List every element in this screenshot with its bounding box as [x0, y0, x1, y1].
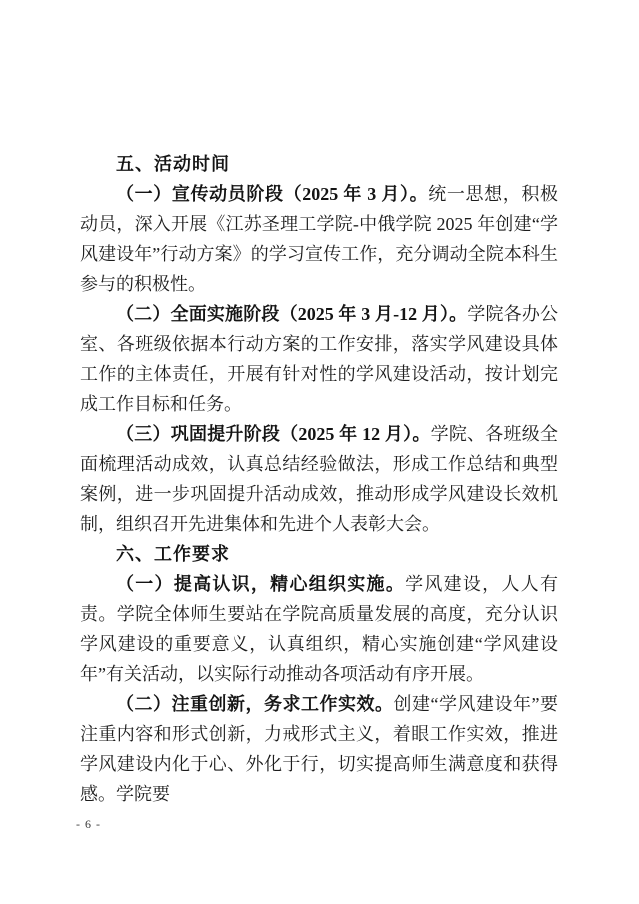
- paragraph-lead: （三）巩固提升阶段（2025 年 12 月）。: [116, 424, 431, 444]
- paragraph-lead: （一）提高认识，精心组织实施。: [116, 574, 405, 594]
- paragraph: （一）宣传动员阶段（2025 年 3 月）。统一思想，积极动员，深入开展《江苏圣…: [80, 179, 558, 299]
- paragraph: （一）提高认识，精心组织实施。学风建设，人人有责。学院全体师生要站在学院高质量发…: [80, 569, 558, 689]
- paragraph-lead: （一）宣传动员阶段（2025 年 3 月）。: [116, 184, 428, 204]
- document-page: 五、活动时间（一）宣传动员阶段（2025 年 3 月）。统一思想，积极动员，深入…: [0, 0, 639, 904]
- section-heading: 六、工作要求: [80, 539, 558, 569]
- document-body: 五、活动时间（一）宣传动员阶段（2025 年 3 月）。统一思想，积极动员，深入…: [80, 149, 558, 809]
- page-number: - 6 -: [76, 816, 101, 832]
- paragraph-lead: （二）全面实施阶段（2025 年 3 月-12 月）。: [116, 304, 467, 324]
- section-heading: 五、活动时间: [80, 149, 558, 179]
- paragraph: （二）全面实施阶段（2025 年 3 月-12 月）。学院各办公室、各班级依据本…: [80, 299, 558, 419]
- paragraph: （三）巩固提升阶段（2025 年 12 月）。学院、各班级全面梳理活动成效，认真…: [80, 419, 558, 539]
- paragraph: （二）注重创新，务求工作实效。创建“学风建设年”要注重内容和形式创新，力戒形式主…: [80, 689, 558, 809]
- paragraph-lead: （二）注重创新，务求工作实效。: [116, 694, 394, 714]
